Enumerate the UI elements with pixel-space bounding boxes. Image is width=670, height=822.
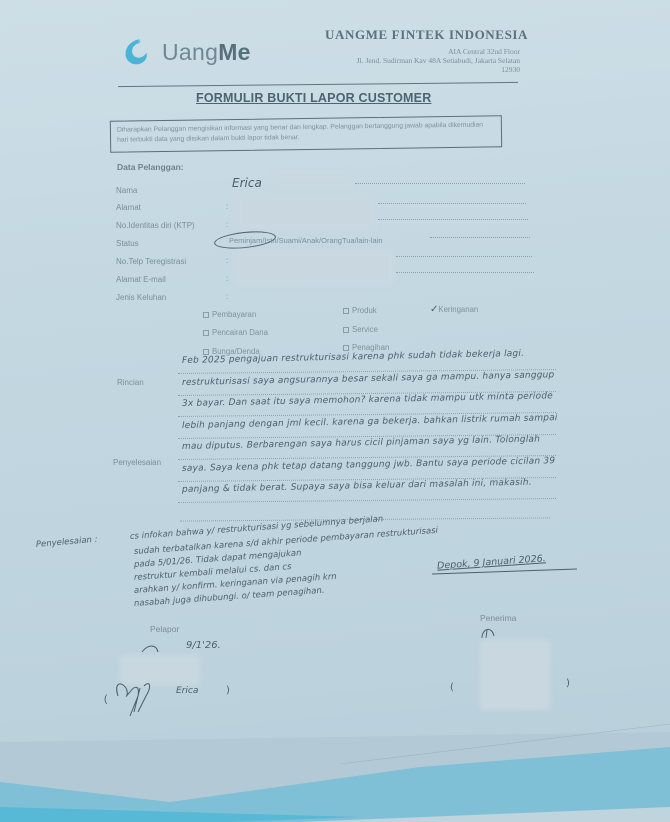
receiver-signature-icon	[478, 624, 500, 640]
field-line	[378, 203, 526, 204]
reporter-signature-icon: (	[100, 640, 210, 720]
uangme-swirl-logo-icon	[120, 36, 152, 68]
field-line	[430, 237, 530, 238]
field-label-status: Status	[116, 239, 139, 248]
checkbox-penagihan[interactable]: Penagihan	[343, 343, 389, 352]
colon: :	[226, 220, 228, 229]
checkbox-icon	[343, 308, 349, 314]
header-divider	[118, 82, 518, 87]
status-circled-option	[213, 229, 276, 251]
field-line	[378, 219, 528, 220]
field-line	[396, 256, 532, 257]
scanned-form-page: UangMe UANGME FINTEK INDONESIA AIA Centr…	[0, 0, 670, 822]
colon: :	[226, 274, 228, 283]
brand-name: UangMe	[162, 39, 251, 66]
checkbox-service[interactable]: Service	[343, 325, 378, 334]
field-label-email: Alamat E-mail	[116, 275, 166, 284]
redacted-block	[480, 640, 550, 710]
field-line	[178, 498, 556, 503]
background-surface	[0, 722, 670, 822]
notice-text: Diharapkan Pelanggan mengisikan informas…	[117, 122, 483, 144]
checkbox-icon	[203, 312, 209, 318]
reporter-label: Pelapor	[150, 624, 179, 634]
paren-close: )	[566, 678, 570, 689]
checkbox-icon	[203, 330, 209, 336]
field-label-alamat: Alamat	[116, 203, 141, 212]
checkbox-keringanan[interactable]: ✓Keringanan	[430, 304, 478, 315]
paren-open: (	[450, 682, 454, 693]
redacted-block	[272, 174, 352, 190]
field-value-nama: Erica	[232, 176, 262, 190]
field-label-telp: No.Telp Teregistrasi	[116, 257, 186, 266]
rincian-label: Rincian	[117, 378, 144, 387]
field-label-ktp: No.Identitas diri (KTP)	[116, 221, 195, 230]
field-line	[355, 183, 525, 184]
penyelesaian-label: Penyelesaian	[113, 458, 161, 467]
company-name: UANGME FINTEK INDONESIA	[325, 27, 528, 43]
field-line	[396, 272, 534, 273]
redacted-block	[236, 194, 376, 230]
staff-note-label: Penyelesaian :	[36, 535, 98, 550]
checkbox-icon	[343, 327, 349, 333]
svg-text:(: (	[104, 694, 108, 705]
checkbox-pembayaran[interactable]: Pembayaran	[203, 310, 256, 319]
section-label-data-pelanggan: Data Pelanggan:	[117, 162, 184, 172]
checkbox-pencairan-dana[interactable]: Pencairan Dana	[203, 328, 268, 337]
checkbox-produk[interactable]: Produk	[343, 306, 377, 315]
colon: :	[226, 202, 228, 211]
address-line-2: Jl. Jend. Sudirman Kav 48A Setiabudi, Ja…	[357, 56, 520, 66]
reporter-name: Erica	[176, 686, 198, 696]
address-line-3: 12930	[501, 65, 520, 75]
field-label-jenis-keluhan: Jenis Keluhan	[116, 293, 166, 302]
checkbox-icon	[203, 349, 209, 355]
place-date: Depok, 9 Januari 2026.	[437, 553, 546, 572]
colon: :	[226, 292, 228, 301]
redacted-block	[234, 250, 394, 286]
notice-box: Diharapkan Pelanggan mengisikan informas…	[110, 115, 502, 152]
form-title: FORMULIR BUKTI LAPOR CUSTOMER	[196, 91, 431, 105]
paren-close: )	[226, 685, 230, 696]
receiver-label: Penerima	[480, 613, 516, 623]
checkbox-icon	[343, 345, 349, 351]
field-label-nama: Nama	[116, 186, 137, 195]
colon: :	[226, 256, 228, 265]
uangme-logo: UangMe	[120, 36, 251, 68]
